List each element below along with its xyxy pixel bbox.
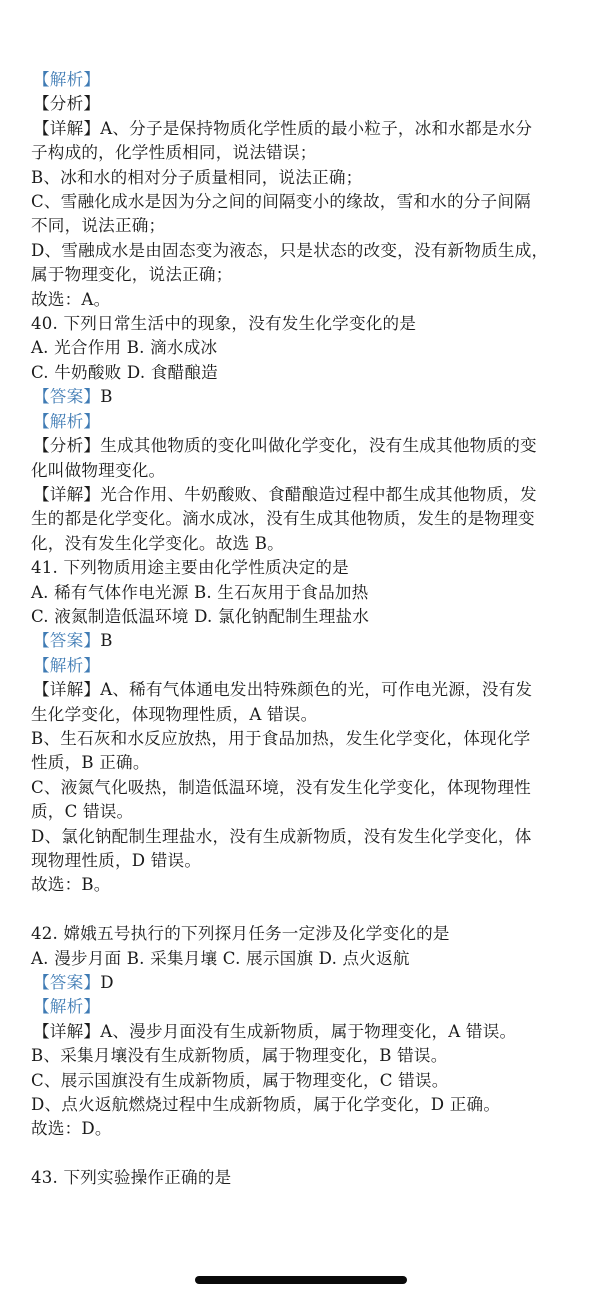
fenxi-text: 生成其他物质的变化叫做化学变化，没有生成其他物质的变 [100, 436, 537, 455]
fenxi-tag: 【分析】 [33, 94, 100, 113]
answer-tag: 【答案】 [33, 973, 100, 992]
detail-text: 光合作用、牛奶酸败、食醋酿造过程中都生成其他物质，发 [100, 485, 537, 504]
analysis-label: 【解析】 [31, 410, 571, 434]
detail-text: A、漫步月面没有生成新物质，属于物理变化，A 错误。 [100, 1022, 516, 1041]
detail-line: C、展示国旗没有生成新物质，属于物理变化，C 错误。 [31, 1069, 571, 1093]
question-stem-42: 42. 嫦娥五号执行的下列探月任务一定涉及化学变化的是 [31, 922, 571, 946]
detail-line: D、氯化钠配制生理盐水，没有生成新物质，没有发生化学变化，体 [31, 825, 571, 849]
home-indicator-bar[interactable] [195, 1276, 407, 1284]
analysis-tag: 【解析】 [33, 656, 100, 675]
detail-text: A、分子是保持物质化学性质的最小粒子，冰和水都是水分 [100, 119, 532, 138]
detail-line: 化，没有发生化学变化。故选 B。 [31, 532, 571, 556]
options-line: C. 牛奶酸败 D. 食醋酿造 [31, 361, 571, 385]
options-line: C. 液氮制造低温环境 D. 氯化钠配制生理盐水 [31, 605, 571, 629]
detail-line: D、点火返航燃烧过程中生成新物质，属于化学变化，D 正确。 [31, 1093, 571, 1117]
detail-line: 不同，说法正确； [31, 214, 571, 238]
answer-tag: 【答案】 [33, 631, 100, 650]
detail-line: 属于物理变化，说法正确； [31, 263, 571, 287]
analysis-label: 【解析】 [31, 654, 571, 678]
detail-line: 生的都是化学变化。滴水成冰，没有生成其他物质，发生的是物理变 [31, 507, 571, 531]
detail-line: 【详解】A、稀有气体通电发出特殊颜色的光，可作电光源，没有发 [31, 678, 571, 702]
fenxi-label: 【分析】 [31, 92, 571, 116]
analysis-label: 【解析】 [31, 68, 571, 92]
detail-tag: 【详解】 [33, 485, 100, 504]
answer-value: D [100, 973, 114, 992]
document-content: 【解析】 【分析】 【详解】A、分子是保持物质化学性质的最小粒子，冰和水都是水分… [31, 68, 571, 1191]
detail-line: B、冰和水的相对分子质量相同，说法正确； [31, 166, 571, 190]
detail-line: 质，C 错误。 [31, 800, 571, 824]
detail-line: 现物理性质，D 错误。 [31, 849, 571, 873]
analysis-tag: 【解析】 [33, 70, 100, 89]
detail-text: A、稀有气体通电发出特殊颜色的光，可作电光源，没有发 [100, 680, 532, 699]
conclusion-line: 故选：B。 [31, 873, 571, 897]
spacer [31, 898, 571, 922]
analysis-tag: 【解析】 [33, 997, 100, 1016]
analysis-label: 【解析】 [31, 995, 571, 1019]
question-stem-40: 40. 下列日常生活中的现象，没有发生化学变化的是 [31, 312, 571, 336]
detail-line: 子构成的，化学性质相同，说法错误； [31, 141, 571, 165]
answer-line: 【答案】B [31, 385, 571, 409]
conclusion-line: 故选：D。 [31, 1117, 571, 1141]
detail-line: 生化学变化，体现物理性质，A 错误。 [31, 703, 571, 727]
options-line: A. 漫步月面 B. 采集月壤 C. 展示国旗 D. 点火返航 [31, 947, 571, 971]
detail-line: B、生石灰和水反应放热，用于食品加热，发生化学变化，体现化学 [31, 727, 571, 751]
detail-tag: 【详解】 [33, 119, 100, 138]
detail-tag: 【详解】 [33, 1022, 100, 1041]
detail-line: 性质，B 正确。 [31, 751, 571, 775]
answer-value: B [100, 387, 112, 406]
question-stem-43: 43. 下列实验操作正确的是 [31, 1166, 571, 1190]
answer-value: B [100, 631, 112, 650]
fenxi-tag: 【分析】 [33, 436, 100, 455]
detail-tag: 【详解】 [33, 680, 100, 699]
detail-line: C、液氮气化吸热，制造低温环境，没有发生化学变化，体现物理性 [31, 776, 571, 800]
detail-line: C、雪融化成水是因为分之间的间隔变小的缘故，雪和水的分子间隔 [31, 190, 571, 214]
answer-line: 【答案】D [31, 971, 571, 995]
answer-line: 【答案】B [31, 629, 571, 653]
fenxi-line: 【分析】生成其他物质的变化叫做化学变化，没有生成其他物质的变 [31, 434, 571, 458]
options-line: A. 稀有气体作电光源 B. 生石灰用于食品加热 [31, 581, 571, 605]
spacer [31, 1142, 571, 1166]
analysis-tag: 【解析】 [33, 412, 100, 431]
detail-line: B、采集月壤没有生成新物质，属于物理变化，B 错误。 [31, 1044, 571, 1068]
detail-line: 【详解】A、分子是保持物质化学性质的最小粒子，冰和水都是水分 [31, 117, 571, 141]
options-line: A. 光合作用 B. 滴水成冰 [31, 336, 571, 360]
detail-line: 【详解】A、漫步月面没有生成新物质，属于物理变化，A 错误。 [31, 1020, 571, 1044]
fenxi-line: 化叫做物理变化。 [31, 459, 571, 483]
question-stem-41: 41. 下列物质用途主要由化学性质决定的是 [31, 556, 571, 580]
answer-tag: 【答案】 [33, 387, 100, 406]
detail-line: D、雪融成水是由固态变为液态，只是状态的改变，没有新物质生成， [31, 239, 571, 263]
conclusion-line: 故选：A。 [31, 288, 571, 312]
detail-line: 【详解】光合作用、牛奶酸败、食醋酿造过程中都生成其他物质，发 [31, 483, 571, 507]
